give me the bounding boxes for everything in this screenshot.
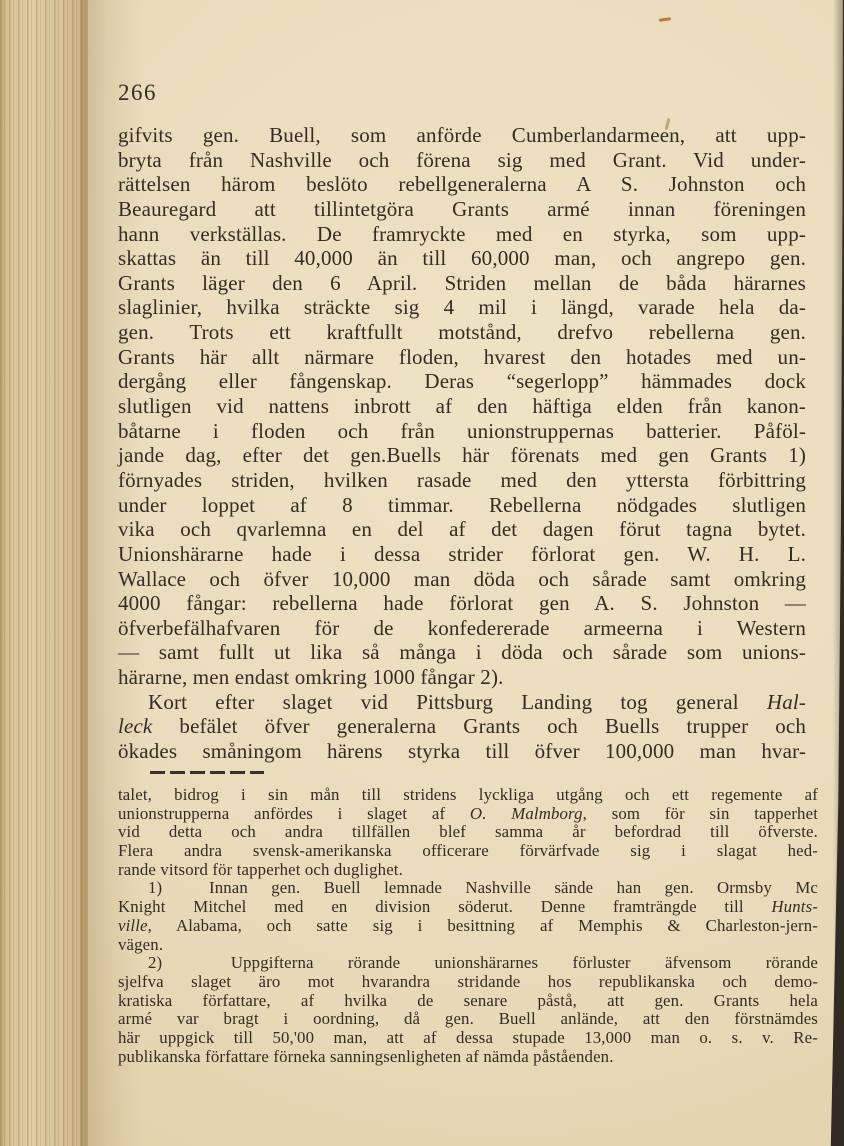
text-line: jande dag, efter det gen.Buells här före… [118,443,806,468]
text-line: talet, bidrog i sin mån till stridens ly… [118,786,818,805]
text-line: ville, Alabama, och satte sig i besittni… [118,917,818,936]
text-line: 1) Innan gen. Buell lemnade Nashville sä… [118,879,818,898]
text-line: Flera andra svensk-amerikanska officerar… [118,842,818,861]
text-line: förnyades striden, hvilken rasade med de… [118,468,806,493]
text-line: Grants här allt närmare floden, hvarest … [118,345,806,370]
text-line: Wallace och öfver 10,000 man döda och så… [118,567,806,592]
text-line: vägen. [118,936,818,955]
text-line: — samt fullt ut lika så många i döda och… [118,640,806,665]
text-line: gifvits gen. Buell, som anförde Cumberla… [118,123,806,148]
text-line: vika och qvarlemna en del af det dagen f… [118,517,806,542]
text-line: Grants läger den 6 April. Striden mellan… [118,271,806,296]
text-line: kratiska författare, af hvilka de senare… [118,992,818,1011]
page-number: 266 [118,80,157,106]
text-line: dergång eller fångenskap. Deras “segerlo… [118,369,806,394]
text-line: Beauregard att tillintetgöra Grants armé… [118,197,806,222]
text-line: ökades småningom härens styrka till öfve… [118,739,806,764]
text-line: båtarne i floden och från unionstruppern… [118,419,806,444]
text-line: under loppet af 8 timmar. Rebellerna nöd… [118,493,806,518]
text-line: här uppgick till 50,'00 man, att af dess… [118,1029,818,1048]
text-line: rande vitsord för tapperhet och duglighe… [118,861,818,880]
main-text-block: gifvits gen. Buell, som anförde Cumberla… [118,123,806,764]
text-line: Unionshärarne hade i dessa strider förlo… [118,542,806,567]
text-line: gen. Trots ett kraftfullt motstånd, dref… [118,320,806,345]
book-page-scan: 266 gifvits gen. Buell, som anförde Cumb… [0,0,844,1146]
text-line: skattas än till 40,000 än till 60,000 ma… [118,246,806,271]
text-line: slaglinier, hvilka sträckte sig 4 mil i … [118,295,806,320]
text-line: Kort efter slaget vid Pittsburg Landing … [118,690,806,715]
text-line: armé var bragt i oordning, då gen. Buell… [118,1010,818,1029]
text-line: rättelsen härom beslöto rebellgeneralern… [118,172,806,197]
text-line: vid detta och andra tillfällen blef samm… [118,823,818,842]
text-line: publikanska författare förneka sanningse… [118,1048,818,1067]
text-line: Knight Mitchel med en division söderut. … [118,898,818,917]
text-line: leck befälet öfver generalerna Grants oc… [118,714,806,739]
text-line: härarne, men endast omkring 1000 fångar … [118,665,806,690]
text-line: unionstrupperna anfördes i slaget af O. … [118,805,818,824]
text-line: öfverbefälhafvaren för de konfedererade … [118,616,806,641]
text-line: 4000 fångar: rebellerna hade förlorat ge… [118,591,806,616]
text-line: 2) Uppgifterna rörande unionshärarnes fö… [118,954,818,973]
text-line: slutligen vid nattens inbrott af den häf… [118,394,806,419]
footnote-separator [150,771,264,774]
paper-speck [659,17,671,22]
book-page-edges [0,0,88,1146]
text-line: hann verkställas. De framryckte med en s… [118,222,806,247]
footnotes-block: talet, bidrog i sin mån till stridens ly… [118,786,818,1066]
text-line: sjelfva slaget äro mot hvarandra stridan… [118,973,818,992]
text-line: bryta från Nashville och förena sig med … [118,148,806,173]
